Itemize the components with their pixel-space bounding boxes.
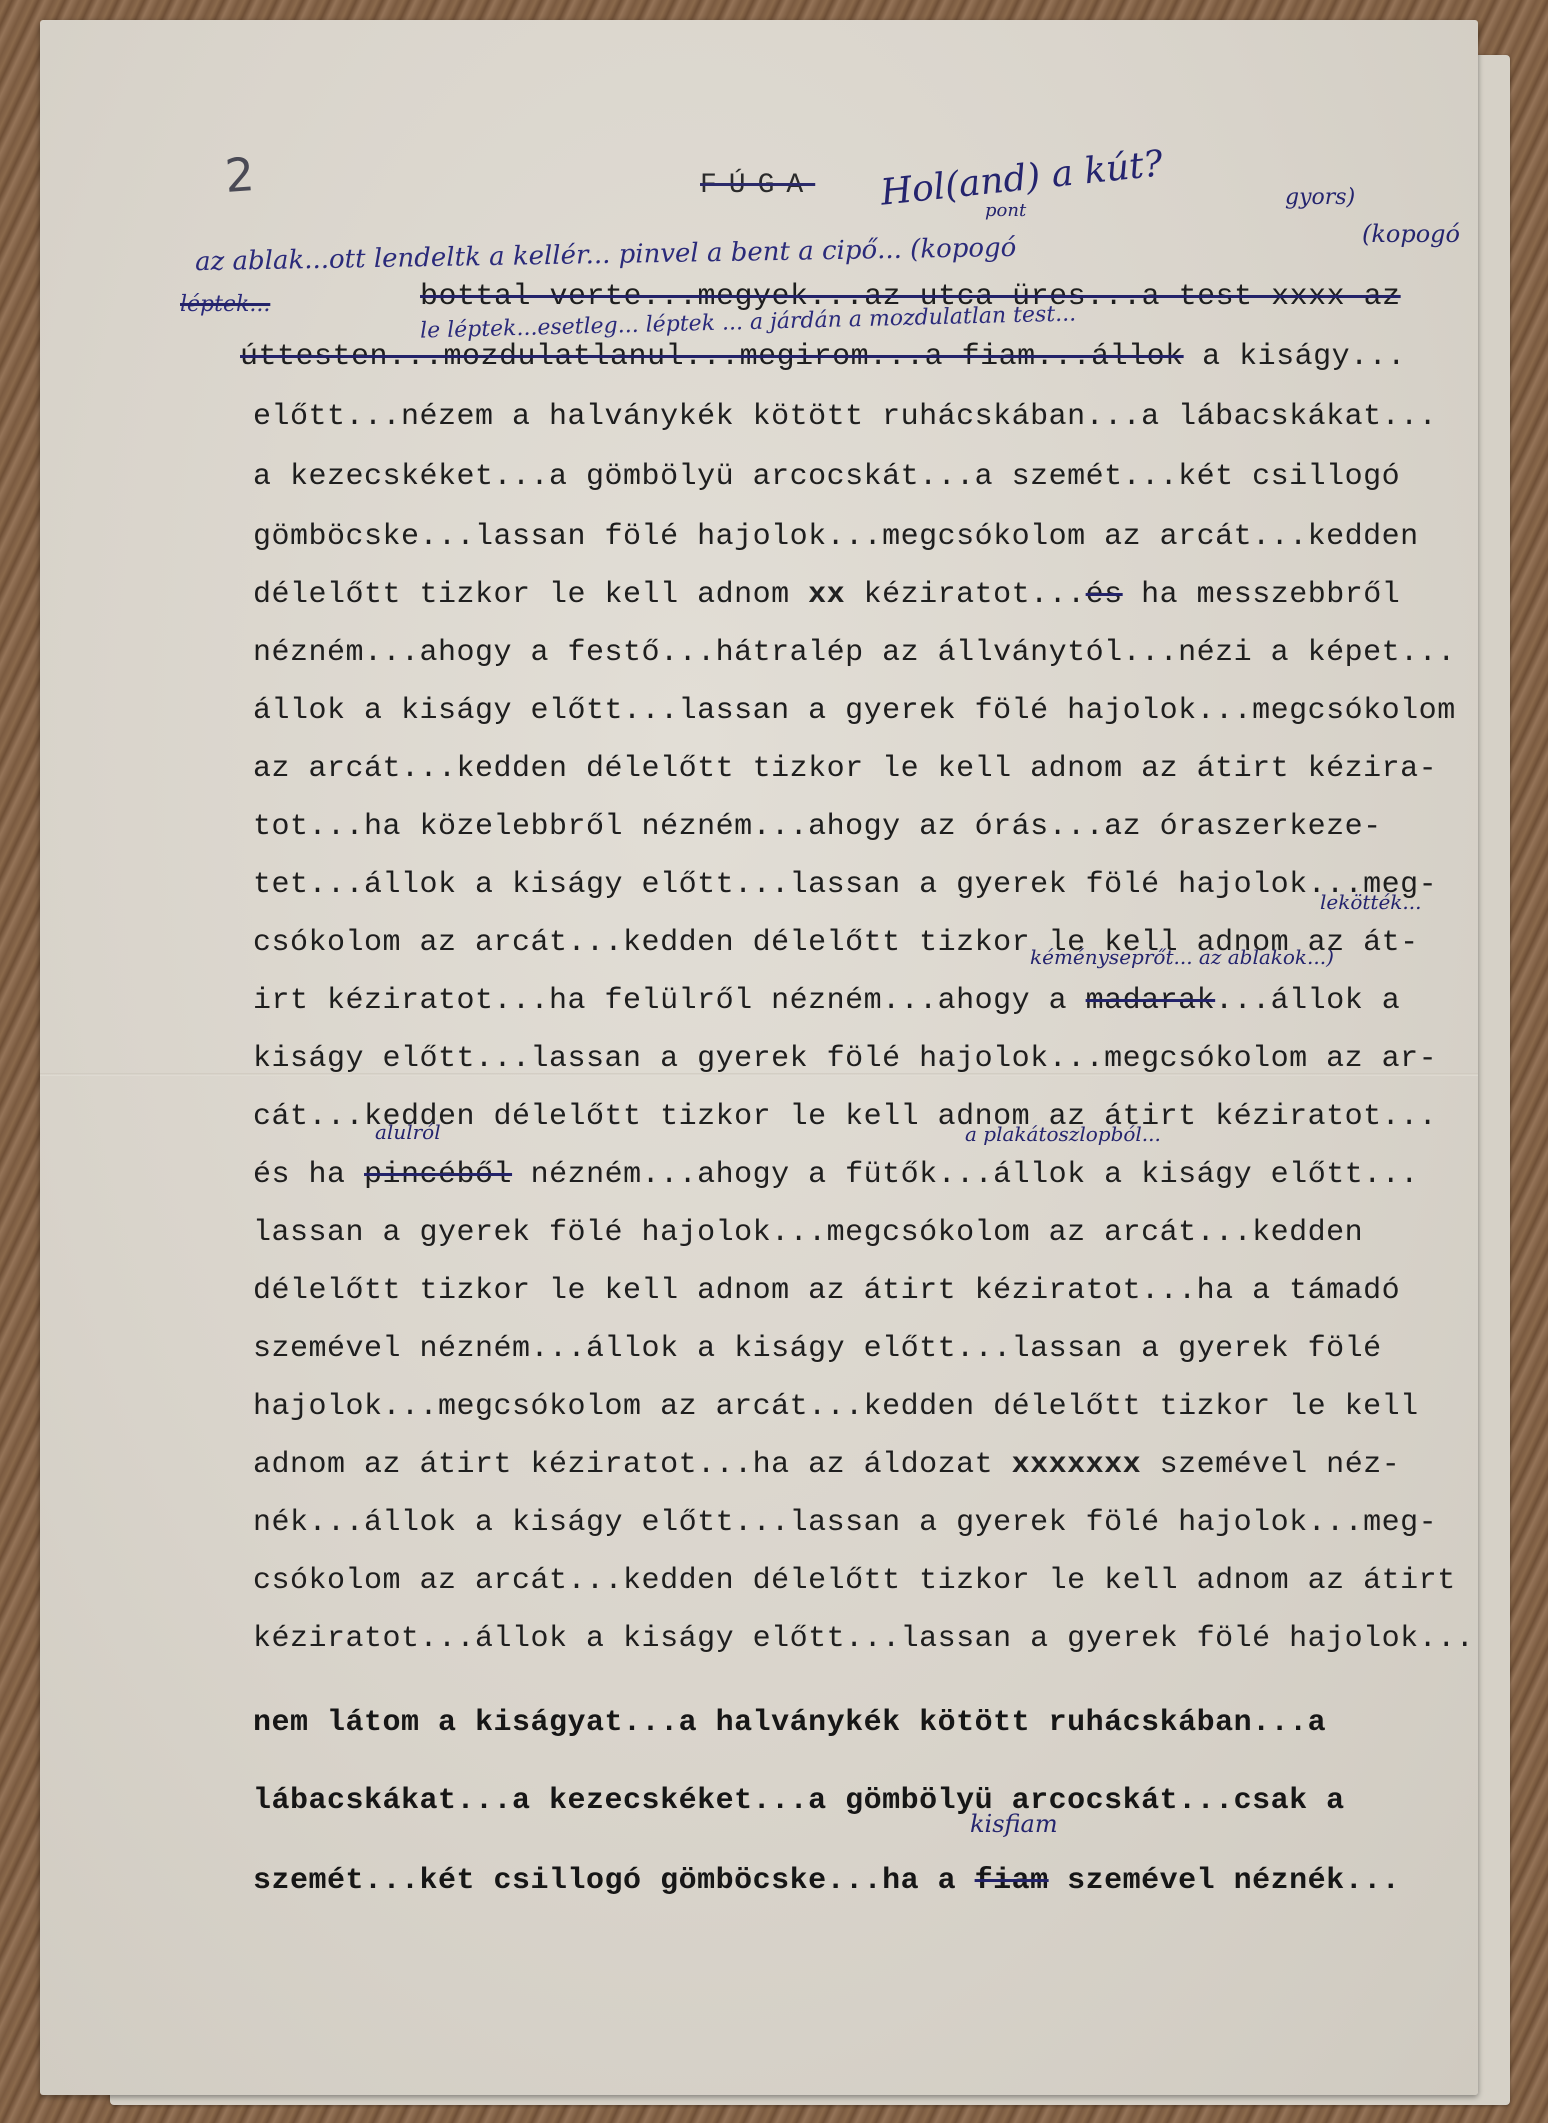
typed-line: és ha pincéből nézném...ahogy a fütők...… <box>253 1158 1419 1192</box>
typed-line: tet...állok a kiságy előtt...lassan a gy… <box>253 868 1437 902</box>
margin-note-lekotott: lekötték... <box>1320 890 1422 914</box>
typed-line: délelőtt tizkor le kell adnom az átirt k… <box>253 1274 1400 1308</box>
typed-line: délelőtt tizkor le kell adnom xx kézirat… <box>253 578 1400 612</box>
typed-line: nézném...ahogy a festő...hátralép az áll… <box>253 636 1456 670</box>
typed-line: a kezecskéket...a gömbölyü arcocskát...a… <box>253 460 1400 494</box>
typed-line: nék...állok a kiságy előtt...lassan a gy… <box>253 1506 1437 1540</box>
typed-line: az arcát...kedden délelőtt tizkor le kel… <box>253 752 1437 786</box>
margin-note-pont: pont <box>985 200 1026 221</box>
typed-line: csókolom az arcát...kedden délelőtt tizk… <box>253 1564 1456 1598</box>
margin-note-kisfiam: kisfiam <box>970 1810 1058 1838</box>
margin-note-kemenyseprő: kéményseprőt... az ablakok...) <box>1030 945 1334 969</box>
typed-line-2: úttesten...mozdulatlanul...megirom...a f… <box>240 340 1406 374</box>
final-paragraph-line: szemét...két csillogó gömböcske...ha a f… <box>253 1864 1400 1898</box>
typed-line: adnom az átirt kéziratot...ha az áldozat… <box>253 1448 1400 1482</box>
margin-note-plakatoszlop: a plakátoszlopból... <box>965 1122 1161 1146</box>
margin-note-kopogo: (kopogó <box>1362 220 1460 248</box>
typed-line: kiságy előtt...lassan a gyerek fölé hajo… <box>253 1042 1437 1076</box>
typed-line: gömböcske...lassan fölé hajolok...megcsó… <box>253 520 1419 554</box>
margin-note-leptek: léptek... <box>180 292 270 317</box>
final-paragraph-line: lábacskákat...a kezecskéket...a gömbölyü… <box>253 1784 1345 1818</box>
final-paragraph-line: nem látom a kiságyat...a halványkék kötö… <box>253 1706 1326 1740</box>
typed-line: hajolok...megcsókolom az arcát...kedden … <box>253 1390 1419 1424</box>
typed-line: lassan a gyerek fölé hajolok...megcsókol… <box>253 1216 1363 1250</box>
typed-line: tot...ha közelebbről nézném...ahogy az ó… <box>253 810 1382 844</box>
typed-line: irt kéziratot...ha felülről nézném...aho… <box>253 984 1400 1018</box>
typed-line: szemével nézném...állok a kiságy előtt..… <box>253 1332 1382 1366</box>
typed-title-struck: FÚGA <box>700 170 815 201</box>
margin-note-gyors: gyors) <box>1285 185 1355 210</box>
margin-note-alulrol: alulról <box>375 1120 441 1144</box>
page-number: 2 <box>223 147 256 203</box>
typed-line: kéziratot...állok a kiságy előtt...lassa… <box>253 1622 1474 1656</box>
typed-line: előtt...nézem a halványkék kötött ruhács… <box>253 400 1437 434</box>
typed-line: állok a kiságy előtt...lassan a gyerek f… <box>253 694 1456 728</box>
